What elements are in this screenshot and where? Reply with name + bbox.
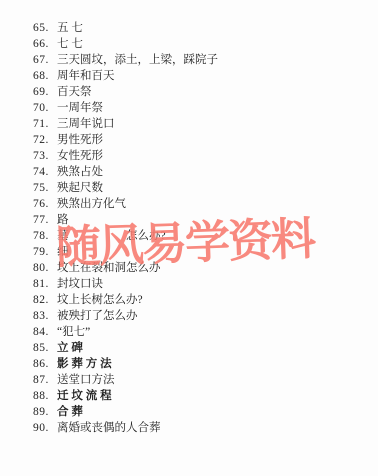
list-item: 76.殃煞出方化气 <box>33 196 368 212</box>
list-item: 85.立 碑 <box>33 340 368 356</box>
item-text: “犯七” <box>57 326 90 338</box>
item-number: 73. <box>33 148 57 164</box>
list-item: 79.细 <box>33 244 368 260</box>
item-text: 被殃打了怎么办 <box>57 310 138 322</box>
list-item: 87.送堂口方法 <box>33 372 368 388</box>
list-item: 71.三周年说口 <box>33 116 368 132</box>
list-item: 73.女性死形 <box>33 148 368 164</box>
item-text: 坟上在裂和洞怎么办 <box>57 262 161 274</box>
item-number: 82. <box>33 292 57 308</box>
item-number: 77. <box>33 212 57 228</box>
item-text: 路 <box>57 214 69 226</box>
item-text: 离婚或丧偶的人合葬 <box>57 422 161 434</box>
list-item: 68.周年和百天 <box>33 68 368 84</box>
item-number: 69. <box>33 84 57 100</box>
item-text: 三周年说口 <box>57 118 115 130</box>
item-number: 78. <box>33 228 57 244</box>
document-page: 65.五 七66.七 七67.三天圆坟，添土，上梁，踩院子68.周年和百天69.… <box>0 0 378 476</box>
item-text: 女性死形 <box>57 150 103 162</box>
list-item: 88.迁 坟 流 程 <box>33 388 368 404</box>
item-number: 65. <box>33 20 57 36</box>
list-item: 84.“犯七” <box>33 324 368 340</box>
item-number: 71. <box>33 116 57 132</box>
item-text: 周年和百天 <box>57 70 115 82</box>
item-number: 74. <box>33 164 57 180</box>
item-text: 封坟口诀 <box>57 278 103 290</box>
item-text: 立 碑 <box>57 342 83 354</box>
item-text: 三天圆坟，添土，上梁，踩院子 <box>57 54 218 66</box>
item-text: 百天祭 <box>57 86 92 98</box>
item-number: 83. <box>33 308 57 324</box>
list-item: 72.男性死形 <box>33 132 368 148</box>
item-number: 66. <box>33 36 57 52</box>
list-item: 90.离婚或丧偶的人合葬 <box>33 420 368 436</box>
item-number: 68. <box>33 68 57 84</box>
list-item: 75.殃起尺数 <box>33 180 368 196</box>
item-text: 一周年祭 <box>57 102 103 114</box>
list-item: 70.一周年祭 <box>33 100 368 116</box>
item-number: 72. <box>33 132 57 148</box>
item-text: 七 七 <box>57 38 83 50</box>
item-number: 89. <box>33 404 57 420</box>
item-number: 76. <box>33 196 57 212</box>
item-text: 殃起尺数 <box>57 182 103 194</box>
item-text: 迁 坟 流 程 <box>57 390 112 402</box>
item-number: 81. <box>33 276 57 292</box>
item-text: 送堂口方法 <box>57 374 115 386</box>
item-number: 85. <box>33 340 57 356</box>
list-item: 74.殃煞占处 <box>33 164 368 180</box>
list-item: 67.三天圆坟，添土，上梁，踩院子 <box>33 52 368 68</box>
item-number: 80. <box>33 260 57 276</box>
item-number: 86. <box>33 356 57 372</box>
item-text: 影 葬 方 法 <box>57 358 112 370</box>
item-number: 75. <box>33 180 57 196</box>
item-number: 84. <box>33 324 57 340</box>
item-text: 五 七 <box>57 22 83 34</box>
list-item: 69.百天祭 <box>33 84 368 100</box>
list-item: 86.影 葬 方 法 <box>33 356 368 372</box>
item-text: 殃煞占处 <box>57 166 103 178</box>
list-item: 89.合 葬 <box>33 404 368 420</box>
list-item: 81.封坟口诀 <box>33 276 368 292</box>
list-item: 77.路 <box>33 212 368 228</box>
list-item: 78.墓 怎么办? <box>33 228 368 244</box>
list-item: 65.五 七 <box>33 20 368 36</box>
item-text: 细 <box>57 246 69 258</box>
item-number: 67. <box>33 52 57 68</box>
item-text: 男性死形 <box>57 134 103 146</box>
list-item: 66.七 七 <box>33 36 368 52</box>
item-text: 墓 怎么办? <box>57 230 166 242</box>
list-item: 83.被殃打了怎么办 <box>33 308 368 324</box>
item-number: 87. <box>33 372 57 388</box>
item-list: 65.五 七66.七 七67.三天圆坟，添土，上梁，踩院子68.周年和百天69.… <box>33 20 368 436</box>
item-text: 合 葬 <box>57 406 83 418</box>
item-text: 坟上长树怎么办? <box>57 294 143 306</box>
list-item: 82.坟上长树怎么办? <box>33 292 368 308</box>
item-number: 88. <box>33 388 57 404</box>
item-number: 70. <box>33 100 57 116</box>
item-number: 90. <box>33 420 57 436</box>
item-number: 79. <box>33 244 57 260</box>
item-text: 殃煞出方化气 <box>57 198 126 210</box>
list-item: 80.坟上在裂和洞怎么办 <box>33 260 368 276</box>
